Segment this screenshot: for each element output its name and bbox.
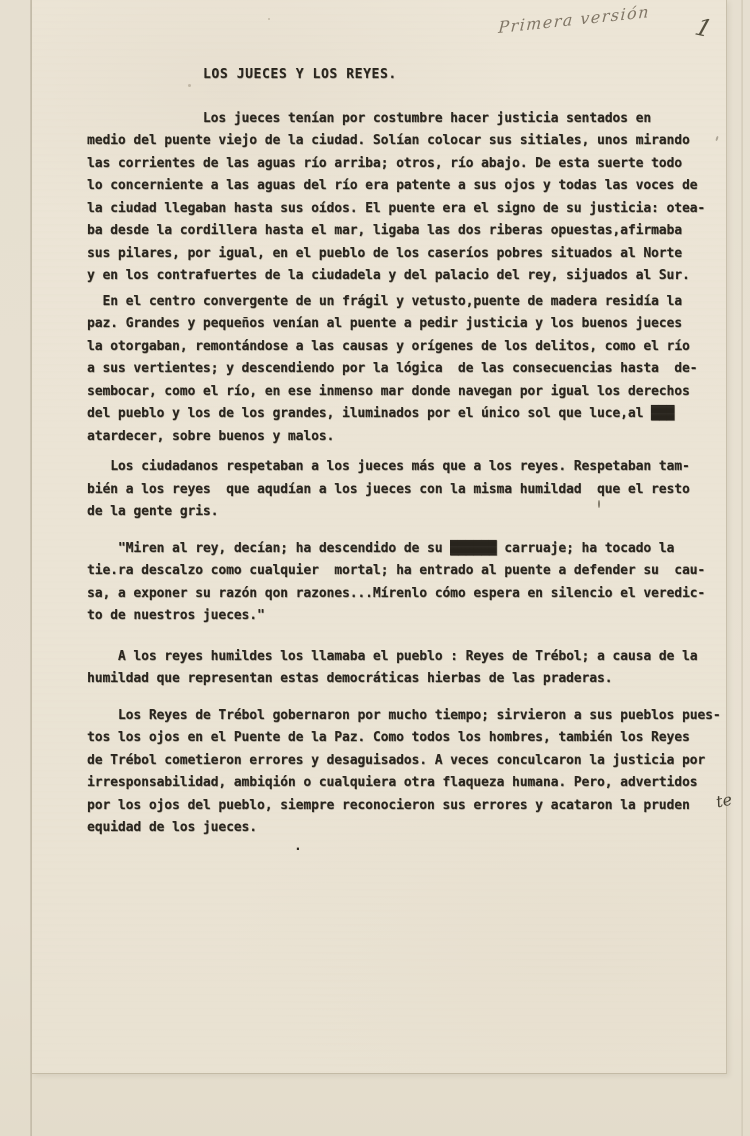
stray-pen-mark [598, 500, 600, 508]
paragraph-1: Los jueces tenían por costumbre hacer ju… [87, 108, 723, 288]
backing-right-crease [741, 0, 743, 1136]
paragraph-6: Los Reyes de Trébol gobernaron por mucho… [87, 705, 723, 840]
paragraph-2: En el centro convergente de un frágil y … [87, 291, 723, 449]
paper-speck [268, 18, 270, 20]
stray-ink-dot: . [294, 839, 302, 854]
text-column: LOS JUECES Y LOS REYES. Los jueces tenía… [87, 64, 723, 840]
paragraph-5: A los reyes humildes los llamaba el pueb… [87, 646, 723, 691]
paragraph-4: "Miren al rey, decían; ha descendido de … [87, 538, 723, 628]
paragraph-3: Los ciudadanos respetaban a los jueces m… [87, 456, 723, 524]
typed-sheet: LOS JUECES Y LOS REYES. Los jueces tenía… [32, 0, 727, 1074]
document-title: LOS JUECES Y LOS REYES. [203, 64, 723, 87]
scanned-typewritten-page: LOS JUECES Y LOS REYES. Los jueces tenía… [0, 0, 750, 1136]
paper-speck [188, 84, 191, 87]
